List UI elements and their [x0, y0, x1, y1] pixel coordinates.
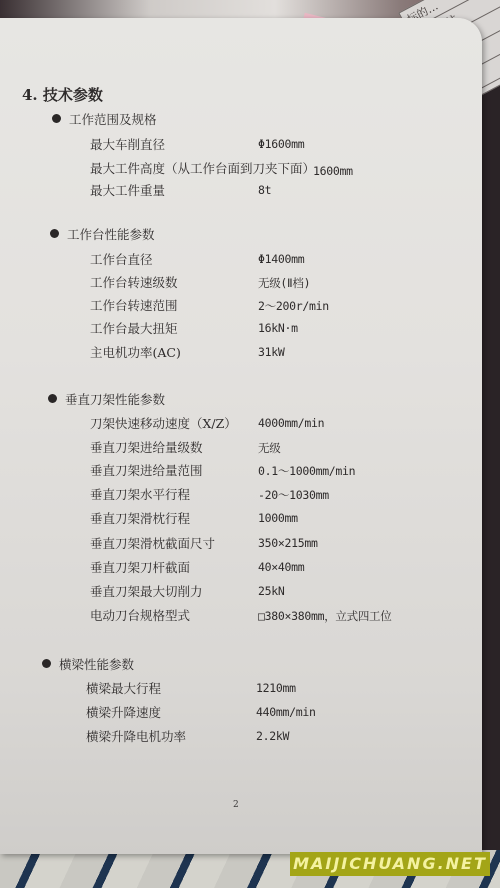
spec-value: 440mm/min	[256, 705, 316, 719]
spec-label: 工作台最大扭矩	[90, 319, 178, 337]
spec-label: 电动刀台规格型式	[90, 606, 190, 624]
spec-value: Φ1600mm	[258, 137, 304, 151]
spec-value: 2～200r/min	[258, 298, 329, 314]
spec-label: 垂直刀架进给量范围	[90, 461, 203, 479]
spec-value: 无级(Ⅱ档)	[258, 275, 310, 291]
spec-value: 31kW	[258, 345, 285, 359]
spec-label: 横梁升降电机功率	[86, 727, 186, 745]
spec-label: 最大工件高度（从工作台面到刀夹下面）	[90, 159, 315, 177]
spec-label: 垂直刀架水平行程	[90, 485, 190, 503]
spec-label: 最大车削直径	[90, 135, 165, 153]
spec-value: 25kN	[258, 584, 285, 598]
spec-value: 16kN·m	[258, 321, 298, 335]
watermark-banner: MAIJICHUANG.NET	[290, 852, 490, 876]
spec-label: 最大工件重量	[90, 181, 165, 199]
section-title-vertical-toolpost: 垂直刀架性能参数	[48, 390, 165, 408]
section-title-working-range: 工作范围及规格	[52, 110, 157, 128]
spec-label: 主电机功率(AC)	[90, 343, 181, 361]
bullet-icon	[48, 394, 57, 403]
spec-value: 1600mm	[313, 164, 353, 178]
spec-value: 2.2kW	[256, 729, 289, 743]
spec-value: □380×380mm，立式四工位	[258, 608, 391, 624]
spec-value: Φ1400mm	[258, 252, 304, 266]
spec-label: 工作台转速级数	[90, 273, 178, 291]
bullet-icon	[50, 229, 59, 238]
spec-label: 刀架快速移动速度（X/Z）	[90, 414, 237, 432]
spec-value: 350×215mm	[258, 536, 318, 550]
spec-label: 横梁升降速度	[86, 703, 161, 721]
spec-value: 1210mm	[256, 681, 296, 695]
page-number: 2	[233, 800, 239, 810]
section-title-crossbeam: 横梁性能参数	[42, 655, 134, 673]
bullet-icon	[42, 659, 51, 668]
spec-label: 垂直刀架刀杆截面	[90, 558, 190, 576]
spec-label: 工作台转速范围	[90, 296, 178, 314]
spec-label: 垂直刀架进给量级数	[90, 438, 203, 456]
spec-label: 垂直刀架滑枕截面尺寸	[90, 534, 215, 552]
spec-label: 垂直刀架滑枕行程	[90, 509, 190, 527]
page-heading: 4. 技术参数	[22, 84, 103, 105]
spec-value: 无级	[258, 440, 280, 456]
spec-value: 40×40mm	[258, 560, 304, 574]
section-title-worktable: 工作台性能参数	[50, 225, 155, 243]
document-page	[0, 18, 482, 854]
spec-value: 8t	[258, 183, 271, 197]
spec-value: 1000mm	[258, 511, 298, 525]
spec-value: -20～1030mm	[258, 487, 329, 503]
spec-label: 横梁最大行程	[86, 679, 161, 697]
spec-value: 0.1～1000mm/min	[258, 463, 355, 479]
spec-label: 工作台直径	[90, 250, 153, 268]
spec-value: 4000mm/min	[258, 416, 324, 430]
spec-label: 垂直刀架最大切削力	[90, 582, 203, 600]
bullet-icon	[52, 114, 61, 123]
